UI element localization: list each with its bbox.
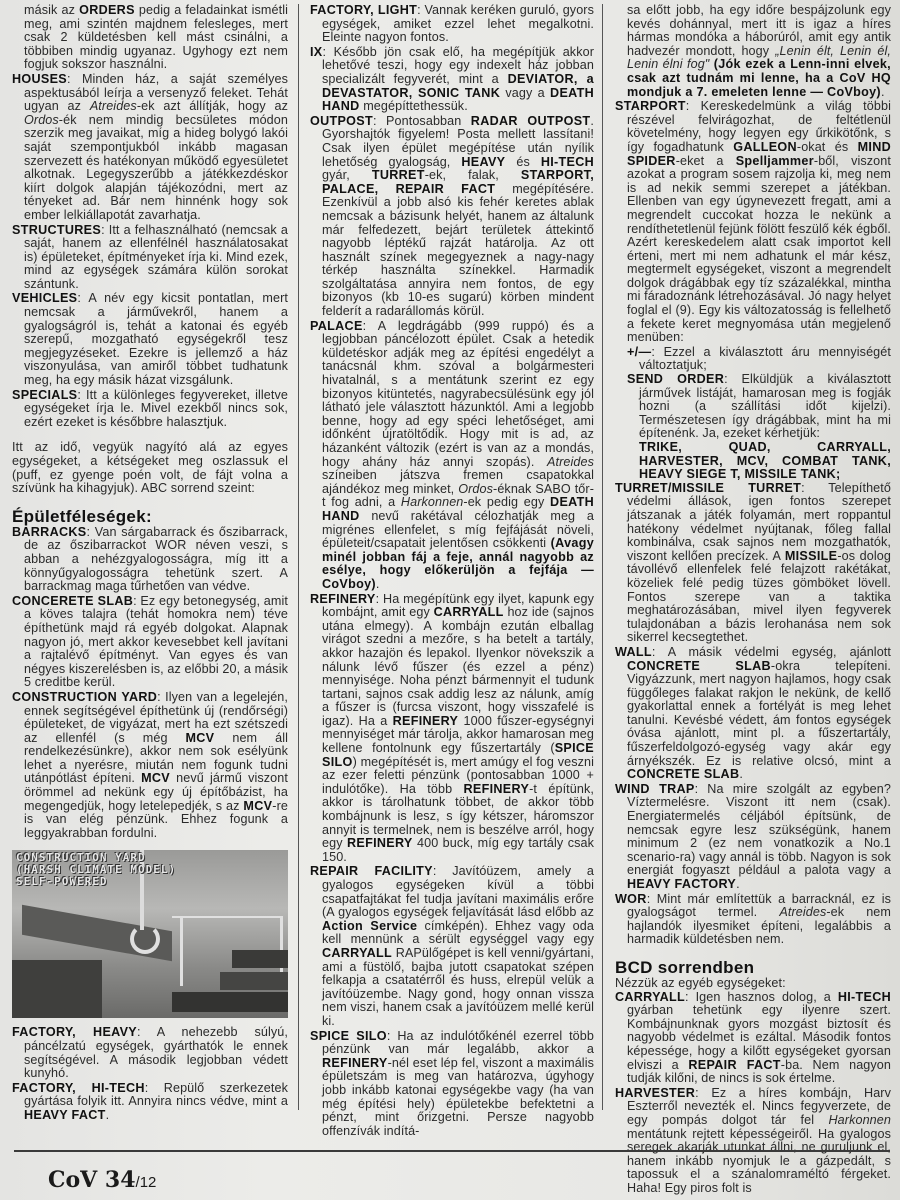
- entry-starport: STARPORT: Kereskedelmünk a világ többi r…: [615, 100, 891, 345]
- orderable-units-list: TRIKE, QUAD, CARRYALL, HARVESTER, MCV, C…: [615, 441, 891, 482]
- term: FACTORY, HEAVY: [12, 1025, 137, 1039]
- term: WOR: [615, 892, 647, 906]
- entry-barracks: BARRACKS: Van sárgabarrack és őszibarrac…: [12, 526, 288, 594]
- magazine-page: másik az ORDERS pedig a feladainkat ismé…: [0, 0, 900, 1200]
- subentry-send-order: SEND ORDER: Elküldjük a kiválasztott jár…: [615, 373, 891, 441]
- term: REFINERY: [310, 592, 376, 606]
- term: FACTORY, HI-TECH: [12, 1081, 145, 1095]
- term: CONSTRUCTION YARD: [12, 690, 157, 704]
- entry-vehicles: VEHICLES: A név egy kicsit pontatlan, me…: [12, 292, 288, 387]
- entry-construction-yard: CONSTRUCTION YARD: Ilyen van a legelején…: [12, 691, 288, 841]
- term: OUTPOST: [310, 114, 373, 128]
- term: HARVESTER: [615, 1086, 695, 1100]
- term: CARRYALL: [615, 990, 685, 1004]
- term: STARPORT: [615, 99, 686, 113]
- entry-factory-hitech: FACTORY, HI-TECH: Repülő szerkezetek gyá…: [12, 1082, 288, 1123]
- column-left: másik az ORDERS pedig a feladainkat ismé…: [12, 4, 288, 1124]
- entry-wind-trap: WIND TRAP: Na mire szolgált az egyben? V…: [615, 783, 891, 892]
- term: WIND TRAP: [615, 782, 695, 796]
- term: IX: [310, 45, 323, 59]
- term: HOUSES: [12, 72, 67, 86]
- footer-rule: [14, 1150, 890, 1152]
- spice-silo-continuation: sa előtt jobb, ha egy időre bespájzolunk…: [615, 4, 891, 99]
- entry-outpost: OUTPOST: Pontosabban RADAR OUTPOST. Gyor…: [310, 115, 594, 319]
- page-number: /12: [136, 1174, 157, 1191]
- term: FACTORY, LIGHT: [310, 3, 417, 17]
- column-divider: [298, 4, 299, 1110]
- magazine-name: CoV: [48, 1167, 105, 1193]
- page-footer: CoV 34/12: [48, 1167, 156, 1193]
- term: WALL: [615, 645, 652, 659]
- entry-houses: HOUSES: Minden ház, a saját személyes as…: [12, 73, 288, 223]
- term: SPICE SILO: [310, 1029, 387, 1043]
- orders-continuation: másik az ORDERS pedig a feladainkat ismé…: [12, 4, 288, 72]
- term: CONCERETE SLAB: [12, 594, 133, 608]
- section-heading-buildings: Épületféleségek:: [12, 508, 288, 526]
- entry-spice-silo: SPICE SILO: Ha az indulótőkénél ezerrel …: [310, 1030, 594, 1139]
- term: REPAIR FACILITY: [310, 864, 433, 878]
- term: SPECIALS: [12, 388, 77, 402]
- term: VEHICLES: [12, 291, 77, 305]
- screenshot-caption: CONSTRUCTION YARD (HARSH CLIMATE MODEL) …: [16, 852, 176, 888]
- term: TURRET/MISSILE TURRET: [615, 481, 801, 495]
- column-divider: [602, 4, 603, 1110]
- entry-harvester: HARVESTER: Ez a híres kombájn, Harv Eszt…: [615, 1087, 891, 1196]
- entry-structures: STRUCTURES: Itt a felhasználható (nemcsa…: [12, 224, 288, 292]
- entry-turret: TURRET/MISSILE TURRET: Telepíthető védel…: [615, 482, 891, 645]
- intro-paragraph: Itt az idő, vegyük nagyító alá az egyes …: [12, 441, 288, 495]
- section-intro: Nézzük az egyéb egységeket:: [615, 977, 891, 991]
- game-screenshot-construction-yard: CONSTRUCTION YARD (HARSH CLIMATE MODEL) …: [12, 850, 288, 1018]
- column-middle: FACTORY, LIGHT: Vannak keréken guruló, g…: [310, 4, 594, 1139]
- entry-factory-light: FACTORY, LIGHT: Vannak keréken guruló, g…: [310, 4, 594, 45]
- entry-concrete-slab: CONCERETE SLAB: Ez egy betonegység, amit…: [12, 595, 288, 690]
- term: STRUCTURES: [12, 223, 101, 237]
- term: PALACE: [310, 319, 363, 333]
- subentry-plus-minus: +/—: Ezzel a kiválasztott áru mennyiségé…: [615, 346, 891, 373]
- section-heading-units: BCD sorrendben: [615, 959, 891, 977]
- entry-repair-facility: REPAIR FACILITY: Javítóüzem, amely a gya…: [310, 865, 594, 1028]
- entry-wall: WALL: A másik védelmi egység, ajánlott C…: [615, 646, 891, 782]
- entry-wor: WOR: Mint már említettük a barracknál, e…: [615, 893, 891, 947]
- entry-specials: SPECIALS: Itt a különleges fegyvereket, …: [12, 389, 288, 430]
- entry-factory-heavy: FACTORY, HEAVY: A nehezebb súlyú, páncél…: [12, 1026, 288, 1080]
- entry-refinery: REFINERY: Ha megépítünk egy ilyet, kapun…: [310, 593, 594, 865]
- entry-ix: IX: Később jön csak elő, ha megépítjük a…: [310, 46, 594, 114]
- term: BARRACKS: [12, 525, 86, 539]
- issue-number: 34: [105, 1167, 136, 1193]
- column-right: sa előtt jobb, ha egy időre bespájzolunk…: [615, 4, 891, 1196]
- entry-carryall: CARRYALL: Igen hasznos dolog, a HI-TECH …: [615, 991, 891, 1086]
- entry-palace: PALACE: A legdrágább (999 ruppó) és a le…: [310, 320, 594, 592]
